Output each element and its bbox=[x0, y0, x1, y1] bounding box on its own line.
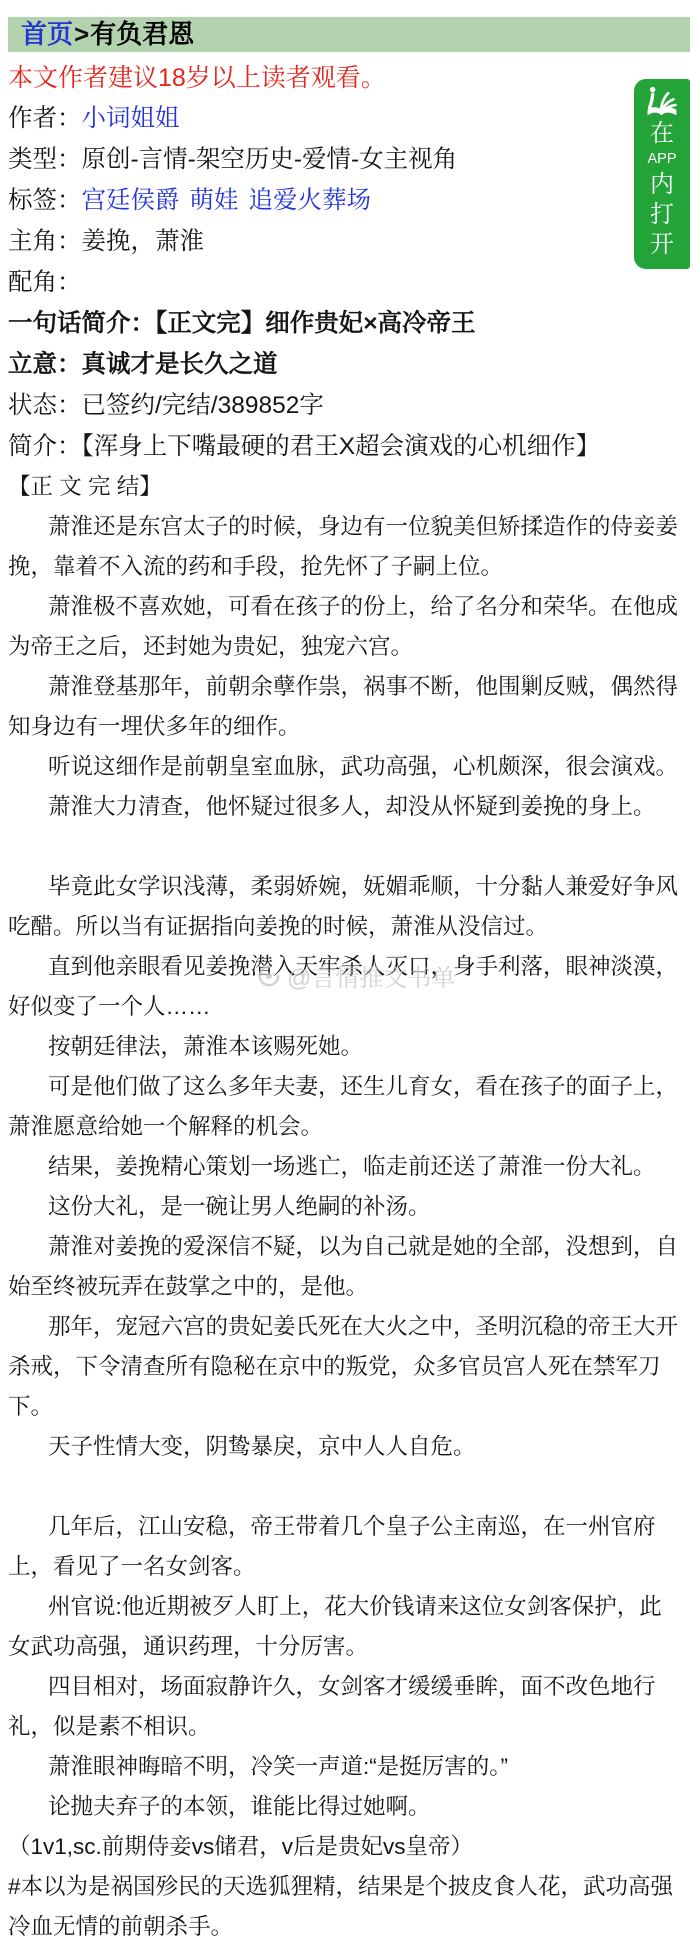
synopsis-heading: 【正 文 完 结】 bbox=[8, 467, 682, 507]
synopsis-paragraph: 直到他亲眼看见姜挽潜入天牢杀人灭口，身手利落，眼神淡漠，好似变了一个人…… bbox=[8, 947, 682, 1027]
banner-line: 在 bbox=[634, 119, 690, 149]
synopsis-paragraph: 论抛夫弃子的本领，谁能比得过她啊。 bbox=[8, 1787, 682, 1827]
book-icon bbox=[644, 86, 680, 119]
paragraph-gap bbox=[8, 1467, 682, 1507]
oneline-value: 【正文完】细作贵妃×高冷帝王 bbox=[155, 310, 476, 337]
oneline-label: 一句话简介： bbox=[8, 310, 155, 337]
synopsis-paragraph: 天子性情大变，阴鸷暴戾，京中人人自危。 bbox=[8, 1427, 682, 1467]
banner-text: 在APP内打开 bbox=[634, 119, 690, 260]
open-in-app-banner[interactable]: 在APP内打开 bbox=[634, 79, 690, 269]
banner-line: APP bbox=[634, 149, 690, 170]
meta-row-protagonist: 主角：姜挽，萧淮 bbox=[8, 221, 682, 262]
synopsis: 【正 文 完 结】 萧淮还是东宫太子的时候，身边有一位貌美但矫揉造作的侍妾姜挽，… bbox=[8, 467, 682, 1947]
meta-row-status: 状态：已签约/完结/389852字 bbox=[8, 385, 682, 426]
status-value: 已签约/完结/389852字 bbox=[82, 392, 324, 419]
meta-row-theme: 立意：真诚才是长久之道 bbox=[8, 344, 682, 385]
protagonist-value: 姜挽，萧淮 bbox=[82, 228, 205, 255]
age-warning: 本文作者建议18岁以上读者观看。 bbox=[8, 62, 682, 95]
genre-label: 类型： bbox=[8, 146, 82, 173]
theme-value: 真诚才是长久之道 bbox=[82, 351, 278, 378]
synopsis-paragraph: 萧淮极不喜欢她，可看在孩子的份上，给了名分和荣华。在他成为帝王之后，还封她为贵妃… bbox=[8, 587, 682, 667]
meta-row-intro: 简介：【浑身上下嘴最硬的君王X超会演戏的心机细作】 bbox=[8, 426, 682, 467]
tags-list: 宫廷侯爵萌娃追爱火葬场 bbox=[82, 187, 382, 214]
synopsis-paragraph: #本以为是祸国殄民的天选狐狸精，结果是个披皮食人花，武功高强冷血无情的前朝杀手。 bbox=[8, 1867, 682, 1947]
synopsis-body: 萧淮还是东宫太子的时候，身边有一位貌美但矫揉造作的侍妾姜挽，靠着不入流的药和手段… bbox=[8, 507, 682, 1947]
synopsis-paragraph: 几年后，江山安稳，帝王带着几个皇子公主南巡，在一州官府上，看见了一名女剑客。 bbox=[8, 1507, 682, 1587]
banner-line: 打 bbox=[634, 200, 690, 230]
synopsis-paragraph: （1v1,sc.前期侍妾vs储君，v后是贵妃vs皇帝） bbox=[8, 1827, 682, 1867]
breadcrumb-separator: > bbox=[73, 19, 90, 49]
synopsis-paragraph: 四目相对，场面寂静许久，女剑客才缓缓垂眸，面不改色地行礼，似是素不相识。 bbox=[8, 1667, 682, 1747]
tags-label: 标签： bbox=[8, 187, 82, 214]
synopsis-paragraph: 按朝廷律法，萧淮本该赐死她。 bbox=[8, 1027, 682, 1067]
breadcrumb-home-link[interactable]: 首页 bbox=[21, 19, 73, 49]
paragraph-gap bbox=[8, 827, 682, 867]
tag-link[interactable]: 萌娃 bbox=[190, 187, 239, 214]
status-label: 状态： bbox=[8, 392, 82, 419]
synopsis-paragraph: 萧淮还是东宫太子的时候，身边有一位貌美但矫揉造作的侍妾姜挽，靠着不入流的药和手段… bbox=[8, 507, 682, 587]
banner-line: 内 bbox=[634, 170, 690, 200]
breadcrumb-title: 有负君恩 bbox=[90, 19, 194, 49]
protagonist-label: 主角： bbox=[8, 228, 82, 255]
synopsis-paragraph: 萧淮眼神晦暗不明，冷笑一声道:“是挺厉害的。” bbox=[8, 1747, 682, 1787]
tag-link[interactable]: 宫廷侯爵 bbox=[82, 187, 180, 214]
theme-label: 立意： bbox=[8, 351, 82, 378]
novel-detail-page: 首页>有负君恩 本文作者建议18岁以上读者观看。 作者：小词姐姐 类型：原创-言… bbox=[0, 0, 690, 1947]
synopsis-paragraph: 州官说:他近期被歹人盯上，花大价钱请来这位女剑客保护，此女武功高强，通识药理，十… bbox=[8, 1587, 682, 1667]
meta-row-supporting: 配角： bbox=[8, 262, 682, 303]
meta-row-genre: 类型：原创-言情-架空历史-爱情-女主视角 bbox=[8, 139, 682, 180]
synopsis-paragraph: 那年，宠冠六宫的贵妃姜氏死在大火之中，圣明沉稳的帝王大开杀戒，下令清查所有隐秘在… bbox=[8, 1307, 682, 1427]
banner-line: 开 bbox=[634, 230, 690, 260]
synopsis-paragraph: 听说这细作是前朝皇室血脉，武功高强，心机颇深，很会演戏。 bbox=[8, 747, 682, 787]
synopsis-paragraph: 可是他们做了这么多年夫妻，还生儿育女，看在孩子的面子上，萧淮愿意给她一个解释的机… bbox=[8, 1067, 682, 1147]
meta-row-tags: 标签：宫廷侯爵萌娃追爱火葬场 bbox=[8, 180, 682, 221]
author-label: 作者： bbox=[8, 105, 82, 132]
synopsis-paragraph: 这份大礼，是一碗让男人绝嗣的补汤。 bbox=[8, 1187, 682, 1227]
supporting-label: 配角： bbox=[8, 269, 82, 296]
synopsis-paragraph: 毕竟此女学识浅薄，柔弱娇婉，妩媚乖顺，十分黏人兼爱好争风吃醋。所以当有证据指向姜… bbox=[8, 867, 682, 947]
meta-block: 作者：小词姐姐 类型：原创-言情-架空历史-爱情-女主视角 标签：宫廷侯爵萌娃追… bbox=[8, 98, 682, 467]
genre-value: 原创-言情-架空历史-爱情-女主视角 bbox=[82, 146, 458, 173]
synopsis-paragraph: 萧淮对姜挽的爱深信不疑，以为自己就是她的全部，没想到，自始至终被玩弄在鼓掌之中的… bbox=[8, 1227, 682, 1307]
meta-row-oneline: 一句话简介：【正文完】细作贵妃×高冷帝王 bbox=[8, 303, 682, 344]
synopsis-paragraph: 萧淮登基那年，前朝余孽作祟，祸事不断，他围剿反贼，偶然得知身边有一埋伏多年的细作… bbox=[8, 667, 682, 747]
synopsis-paragraph: 萧淮大力清查，他怀疑过很多人，却没从怀疑到姜挽的身上。 bbox=[8, 787, 682, 827]
author-link[interactable]: 小词姐姐 bbox=[82, 105, 180, 132]
intro-value: 【浑身上下嘴最硬的君王X超会演戏的心机细作】 bbox=[82, 433, 601, 460]
tag-link[interactable]: 追爱火葬场 bbox=[249, 187, 372, 214]
meta-row-author: 作者：小词姐姐 bbox=[8, 98, 682, 139]
breadcrumb: 首页>有负君恩 bbox=[8, 17, 690, 52]
intro-label: 简介： bbox=[8, 433, 82, 460]
synopsis-paragraph: 结果，姜挽精心策划一场逃亡，临走前还送了萧淮一份大礼。 bbox=[8, 1147, 682, 1187]
